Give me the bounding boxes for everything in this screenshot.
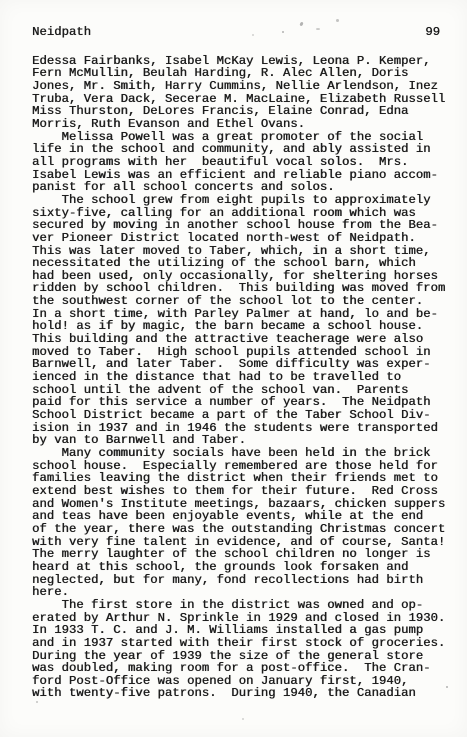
text-line: Morris, Ruth Evanson and Ethel Ovans.: [32, 118, 444, 131]
text-line: Jones, Mr. Smith, Harry Cummins, Nellie …: [32, 80, 444, 93]
page-header: Neidpath 99: [32, 26, 440, 39]
text-line: panist for all school concerts and solos…: [32, 181, 444, 194]
text-line: and in 1937 started with their first sto…: [32, 637, 444, 650]
text-line: In 1933 T. C. and J. M. Williams install…: [32, 624, 444, 637]
scanned-page: Neidpath 99 Edessa Fairbanks, Isabel McK…: [0, 0, 467, 737]
text-line: The school grew from eight pupils to app…: [32, 194, 444, 207]
page-body: Edessa Fairbanks, Isabel McKay Lewis, Le…: [32, 55, 444, 700]
scan-speck: [36, 701, 38, 703]
text-line: here.: [32, 586, 444, 599]
paragraph-school-growth: The school grew from eight pupils to app…: [32, 194, 444, 447]
text-line: the southwest corner of the school lot t…: [32, 295, 444, 308]
scan-speck: [316, 28, 320, 30]
text-line: The first store in the district was owne…: [32, 599, 444, 612]
paragraph-names-list-continued: Edessa Fairbanks, Isabel McKay Lewis, Le…: [32, 55, 444, 131]
text-line: Many community socials have been held in…: [32, 447, 444, 460]
scan-speck: [446, 686, 448, 688]
paragraph-melissa-powell: Melissa Powell was a great promoter of t…: [32, 131, 444, 194]
text-line: ver Pioneer District located north-west …: [32, 232, 444, 245]
running-title: Neidpath: [32, 26, 91, 39]
paragraph-community-socials: Many community socials have been held in…: [32, 447, 444, 599]
scan-speck: [336, 19, 339, 22]
text-line: neglected, but for many, fond recollecti…: [32, 574, 444, 587]
text-line: with twenty-five patrons. During 1940, t…: [32, 687, 444, 700]
page-number: 99: [425, 26, 440, 39]
text-line: ienced in the distance that had to be tr…: [32, 371, 444, 384]
scan-speck: [282, 31, 284, 33]
text-line: heard at this school, the grounds look f…: [32, 561, 444, 574]
text-line: School District became a part of the Tab…: [32, 409, 444, 422]
scan-speck: [252, 34, 254, 36]
text-line: of the year, there was the outstanding C…: [32, 523, 444, 536]
text-line: secured by moving in another school hous…: [32, 219, 444, 232]
text-line: necessitated the utilizing of the school…: [32, 257, 444, 270]
text-line: This building and the attractive teacher…: [32, 333, 444, 346]
text-line: life in the school and community, and ab…: [32, 143, 444, 156]
text-line: was doubled, making room for a post-offi…: [32, 662, 444, 675]
paragraph-first-store: The first store in the district was owne…: [32, 599, 444, 700]
scan-speck: [242, 718, 244, 720]
text-line: The merry laughter of the school childre…: [32, 548, 444, 561]
text-line: all programs with her beautiful vocal so…: [32, 156, 444, 169]
text-line: extend best wishes to them for their fut…: [32, 485, 444, 498]
